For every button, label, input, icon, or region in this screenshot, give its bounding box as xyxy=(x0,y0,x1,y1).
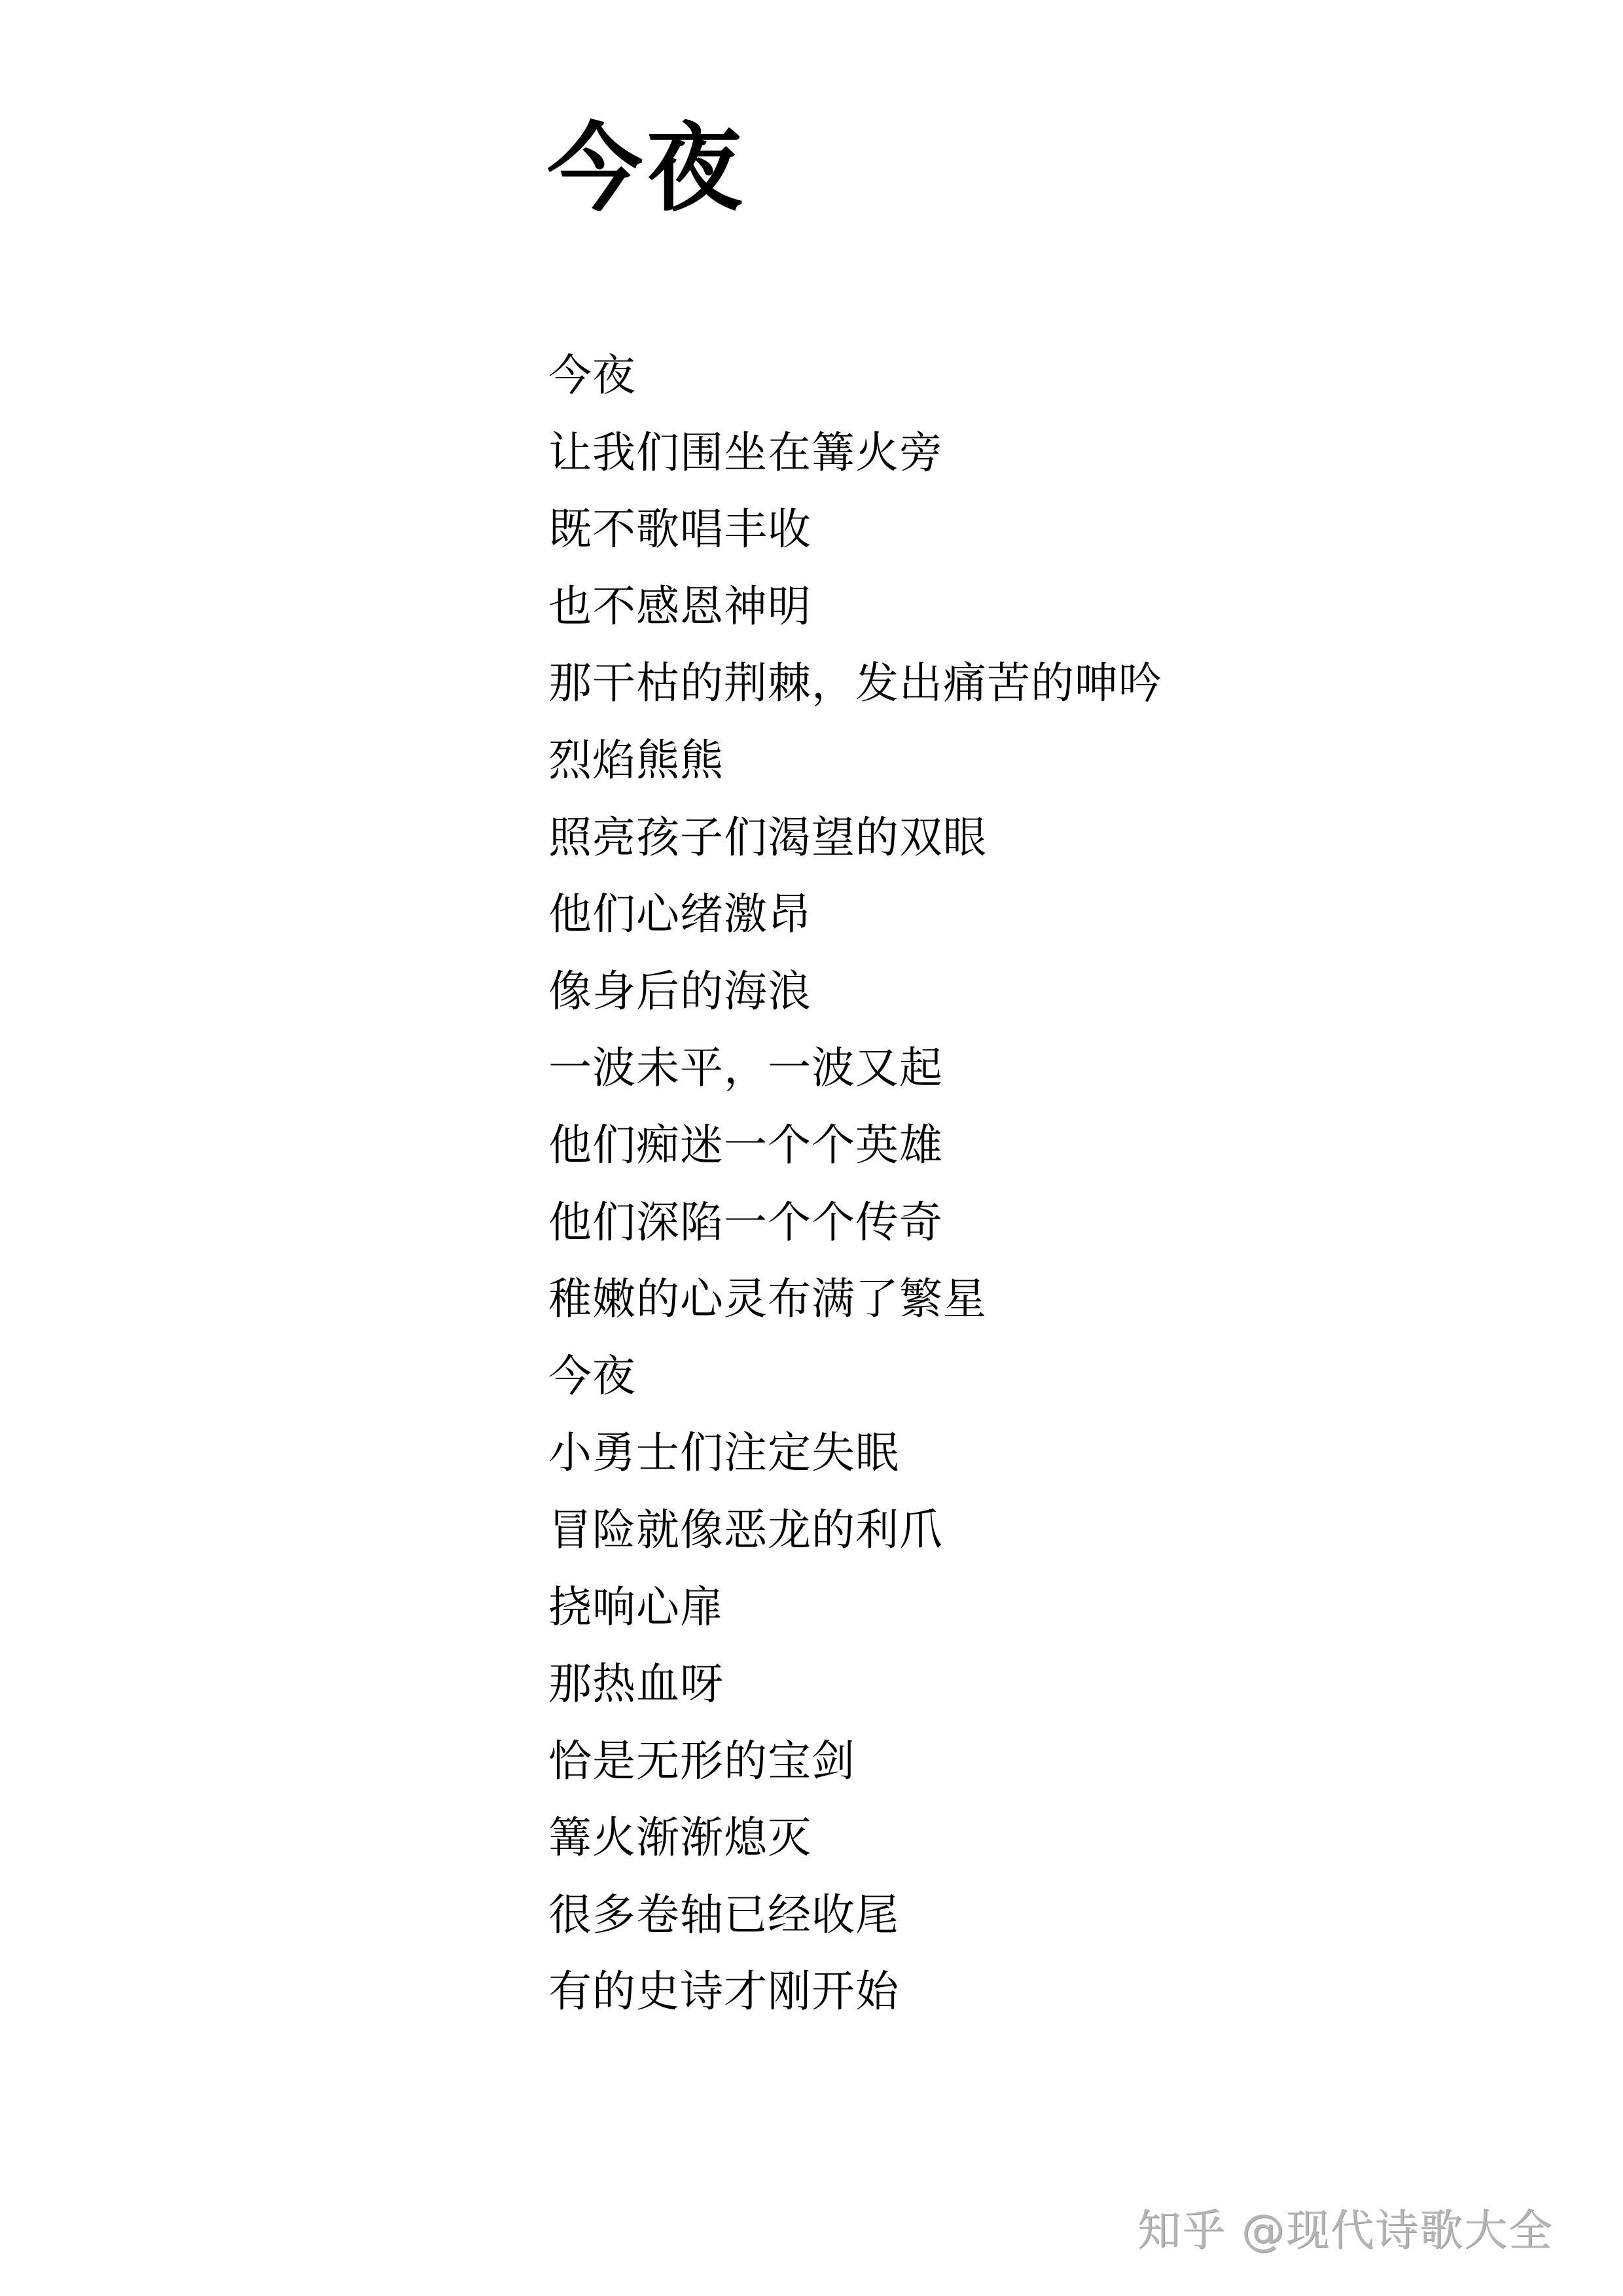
poem-page: 今夜 今夜 让我们围坐在篝火旁 既不歌唱丰收 也不感恩神明 那干枯的荆棘，发出痛… xyxy=(0,0,1623,2296)
poem-line: 挠响心扉 xyxy=(548,1569,1162,1646)
poem-line: 冒险就像恶龙的利爪 xyxy=(548,1492,1162,1569)
poem-body: 今夜 让我们围坐在篝火旁 既不歌唱丰收 也不感恩神明 那干枯的荆棘，发出痛苦的呻… xyxy=(548,337,1162,2030)
poem-line: 他们深陷一个个传奇 xyxy=(548,1184,1162,1261)
poem-line: 既不歌唱丰收 xyxy=(548,491,1162,568)
poem-line: 那干枯的荆棘，发出痛苦的呻吟 xyxy=(548,645,1162,722)
poem-line: 像身后的海浪 xyxy=(548,953,1162,1030)
poem-line: 照亮孩子们渴望的双眼 xyxy=(548,799,1162,876)
poem-line: 也不感恩神明 xyxy=(548,568,1162,645)
poem-line: 让我们围坐在篝火旁 xyxy=(548,414,1162,492)
poem-line: 他们痴迷一个个英雄 xyxy=(548,1107,1162,1184)
poem-line: 很多卷轴已经收尾 xyxy=(548,1876,1162,1954)
poem-line: 那热血呀 xyxy=(548,1645,1162,1723)
poem-line: 一波未平，一波又起 xyxy=(548,1030,1162,1107)
poem-line: 小勇士们注定失眠 xyxy=(548,1414,1162,1492)
poem-line: 烈焰熊熊 xyxy=(548,722,1162,799)
zhihu-watermark: 知乎 @现代诗歌大全 xyxy=(1137,2204,1553,2257)
poem-line: 篝火渐渐熄灭 xyxy=(548,1799,1162,1876)
poem-line: 稚嫩的心灵布满了繁星 xyxy=(548,1261,1162,1338)
poem-line: 有的史诗才刚开始 xyxy=(548,1953,1162,2030)
poem-line: 今夜 xyxy=(548,1338,1162,1415)
poem-line: 恰是无形的宝剑 xyxy=(548,1723,1162,1800)
poem-line: 他们心绪激昂 xyxy=(548,876,1162,953)
poem-line: 今夜 xyxy=(548,337,1162,414)
poem-title: 今夜 xyxy=(547,110,746,228)
